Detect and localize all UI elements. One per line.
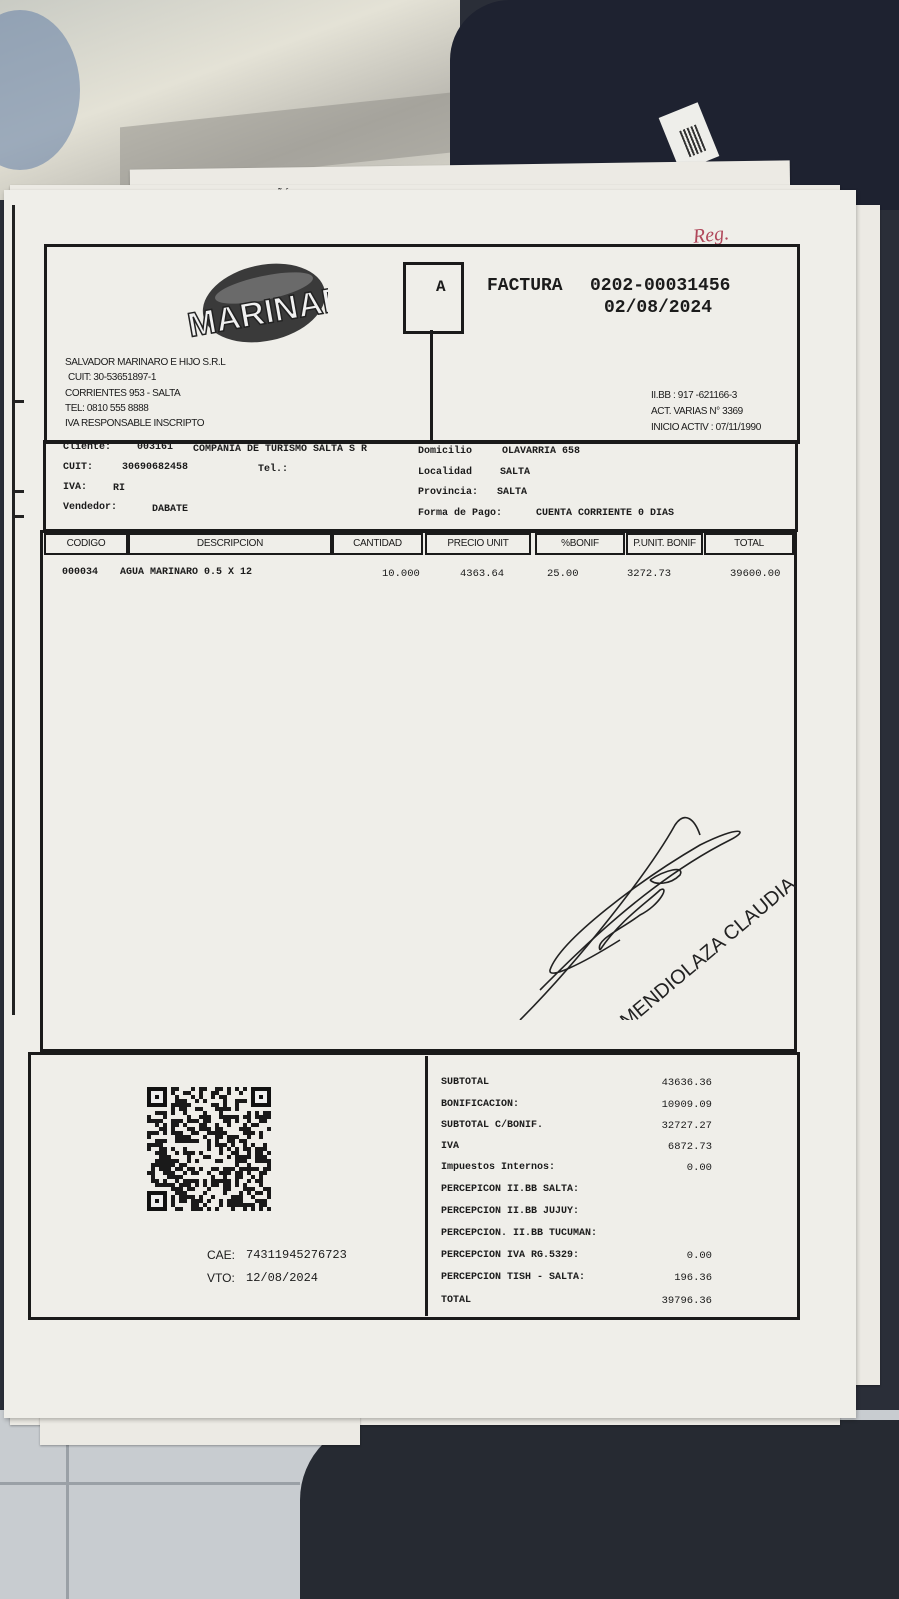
cell-codigo: 000034 (62, 567, 98, 578)
cae-label: CAE: (207, 1248, 235, 1262)
totals-label: Impuestos Internos: (441, 1162, 555, 1173)
col-total: TOTAL (704, 533, 794, 555)
client-tel-label: Tel.: (258, 464, 288, 475)
totals-label: BONIFICACION: (441, 1099, 519, 1110)
totals-value: 0.00 (687, 1250, 712, 1262)
cae-number: 74311945276723 (246, 1248, 347, 1262)
cell-total: 39600.00 (730, 568, 780, 580)
issuer-tax-status: IVA RESPONSABLE INSCRIPTO (65, 418, 204, 429)
col-cantidad: CANTIDAD (332, 533, 423, 555)
invoice: Reg. MARINARO SALVADOR MARINARO E HIJO S… (0, 0, 899, 1599)
col-descripcion: DESCRIPCION (128, 533, 332, 555)
col-codigo: CODIGO (44, 533, 128, 555)
col-p-unit-bonif: P.UNIT. BONIF (626, 533, 703, 555)
totals-label: IVA (441, 1141, 459, 1152)
cell-bonif: 25.00 (547, 568, 579, 580)
totals-label: SUBTOTAL (441, 1077, 489, 1088)
totals-label: SUBTOTAL C/BONIF. (441, 1120, 543, 1131)
client-forma-pago-label: Forma de Pago: (418, 508, 502, 519)
client-vendedor-label: Vendedor: (63, 502, 117, 513)
invoice-type-box (403, 262, 464, 334)
client-iva-label: IVA: (63, 482, 87, 493)
issuer-phone: TEL: 0810 555 8888 (65, 403, 148, 414)
cell-p-unit-bonif: 3272.73 (627, 568, 671, 580)
invoice-date: 02/08/2024 (604, 298, 712, 318)
totals-value: 43636.36 (662, 1077, 712, 1089)
totals-value: 32727.27 (662, 1120, 712, 1132)
client-cuit-label: CUIT: (63, 462, 93, 473)
client-code: 003161 (137, 442, 173, 453)
qr-code-icon (147, 1087, 271, 1211)
client-localidad: SALTA (500, 467, 530, 478)
client-domicilio-label: Domicilio (418, 446, 472, 457)
cell-precio-unit: 4363.64 (460, 568, 504, 580)
totals-value: 196.36 (674, 1272, 712, 1284)
issuer-address: CORRIENTES 953 - SALTA (65, 388, 180, 399)
totals-label: PERCEPICON II.BB SALTA: (441, 1184, 579, 1195)
client-provincia-label: Provincia: (418, 487, 478, 498)
vto-date: 12/08/2024 (246, 1271, 318, 1285)
totals-label: PERCEPCION IVA RG.5329: (441, 1250, 579, 1261)
client-vendedor: DABATE (152, 504, 188, 515)
col-precio-unit: PRECIO UNIT (425, 533, 531, 555)
client-forma-pago: CUENTA CORRIENTE 0 DIAS (536, 508, 674, 519)
footer-divider (425, 1056, 428, 1316)
client-cuit: 30690682458 (122, 462, 188, 473)
client-localidad-label: Localidad (418, 467, 472, 478)
cell-descripcion: AGUA MARINARO 0.5 X 12 (120, 567, 252, 578)
totals-label: PERCEPCION TISH - SALTA: (441, 1272, 585, 1283)
signature-icon: MENDIOLAZA CLAUDIA (500, 790, 800, 1020)
vto-label: VTO: (207, 1271, 235, 1285)
totals-label: TOTAL (441, 1295, 471, 1306)
issuer-name: SALVADOR MARINARO E HIJO S.R.L (65, 357, 225, 368)
header-divider (430, 330, 433, 440)
invoice-title: FACTURA (487, 276, 563, 296)
client-domicilio: OLAVARRIA 658 (502, 446, 580, 457)
totals-value: 39796.36 (662, 1295, 712, 1307)
client-name: COMPAÑIA DE TURISMO SALTA S R (193, 444, 367, 455)
cell-cantidad: 10.000 (382, 568, 420, 580)
totals-value: 6872.73 (668, 1141, 712, 1153)
invoice-type-letter: A (436, 278, 446, 296)
totals-value: 0.00 (687, 1162, 712, 1174)
client-label: Cliente: (63, 442, 111, 453)
totals-value: 10909.09 (662, 1099, 712, 1111)
issuer-inicio-activ: INICIO ACTIV : 07/11/1990 (651, 422, 761, 433)
issuer-iibb: II.BB : 917 -621166-3 (651, 390, 737, 401)
invoice-number: 0202-00031456 (590, 276, 730, 296)
totals-label: PERCEPCION II.BB JUJUY: (441, 1206, 579, 1217)
col-bonif: %BONIF (535, 533, 625, 555)
issuer-act-varias: ACT. VARIAS N° 3369 (651, 406, 743, 417)
issuer-cuit: CUIT: 30-53651897-1 (68, 372, 156, 383)
client-provincia: SALTA (497, 487, 527, 498)
client-iva: RI (113, 483, 125, 494)
marinaro-logo-icon: MARINARO (180, 258, 328, 348)
totals-label: PERCEPCION. II.BB TUCUMAN: (441, 1228, 597, 1239)
